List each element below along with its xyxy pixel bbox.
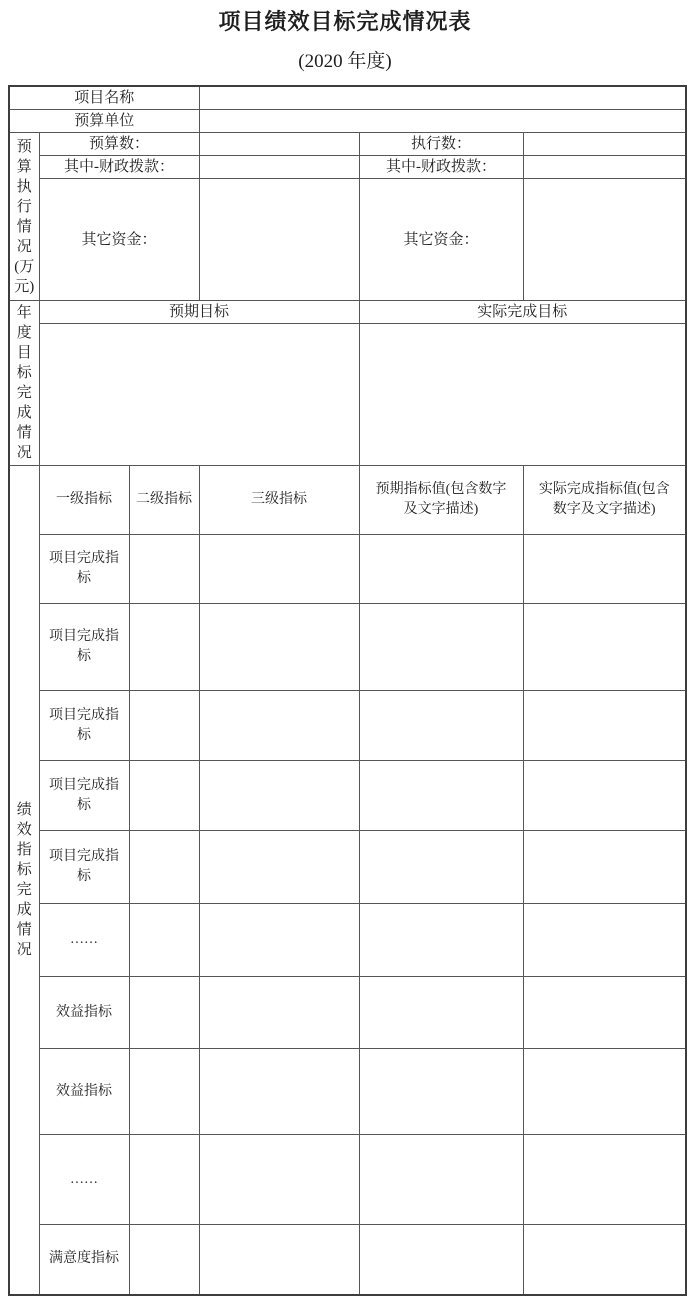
other-funds-value-left (199, 179, 359, 301)
indicator-level1-cell: …… (39, 904, 129, 977)
project-name-row: 项目名称 (9, 86, 686, 110)
performance-table: 项目名称 预算单位 预 算 执 行 情 况 (万 元) 预算数： 执行数： 其中… (8, 85, 687, 1296)
indicator-level3-cell (199, 977, 359, 1049)
budget-row: 其它资金： 其它资金： (9, 179, 686, 301)
indicator-level2-cell (129, 761, 199, 831)
indicator-expected-cell (359, 761, 523, 831)
indicator-row: 项目完成指标 (9, 831, 686, 904)
indicator-actual-cell (523, 1049, 686, 1135)
indicator-row: 项目完成指标 (9, 535, 686, 604)
budget-row: 预 算 执 行 情 况 (万 元) 预算数： 执行数： (9, 133, 686, 156)
other-funds-label-left: 其它资金： (39, 179, 199, 301)
indicator-row: …… (9, 904, 686, 977)
indicator-expected-cell (359, 1225, 523, 1295)
indicator-actual-cell (523, 761, 686, 831)
indicator-level1-cell: 效益指标 (39, 1049, 129, 1135)
indicator-actual-cell (523, 691, 686, 761)
expected-goal-header: 预期目标 (39, 301, 359, 324)
indicator-level3-cell (199, 761, 359, 831)
budget-unit-row: 预算单位 (9, 110, 686, 133)
indicator-header-level1: 一级指标 (39, 466, 129, 535)
budget-side-label: 预 算 执 行 情 况 (万 元) (9, 133, 39, 301)
indicator-level1-cell: 效益指标 (39, 977, 129, 1049)
budget-row: 其中-财政拨款： 其中-财政拨款： (9, 156, 686, 179)
indicator-level1-cell: 项目完成指标 (39, 691, 129, 761)
indicator-row: 效益指标 (9, 977, 686, 1049)
execution-amount-label: 执行数： (359, 133, 523, 156)
indicator-level1-cell: 项目完成指标 (39, 604, 129, 691)
budget-unit-value (199, 110, 686, 133)
budget-amount-value (199, 133, 359, 156)
indicator-header-actual: 实际完成指标值(包含数字及文字描述) (523, 466, 686, 535)
indicator-header-level3: 三级指标 (199, 466, 359, 535)
indicator-row: 满意度指标 (9, 1225, 686, 1295)
indicator-header-level2: 二级指标 (129, 466, 199, 535)
annual-goal-side-label: 年 度 目 标 完 成 情 况 (9, 301, 39, 466)
fiscal-appropriation-value-right (523, 156, 686, 179)
indicator-level3-cell (199, 535, 359, 604)
indicator-level2-cell (129, 535, 199, 604)
indicator-actual-cell (523, 1225, 686, 1295)
other-funds-label-right: 其它资金： (359, 179, 523, 301)
indicator-level1-cell: 项目完成指标 (39, 535, 129, 604)
indicator-actual-cell (523, 604, 686, 691)
project-name-value (199, 86, 686, 110)
indicator-level3-cell (199, 1135, 359, 1225)
indicator-level2-cell (129, 691, 199, 761)
indicator-expected-cell (359, 1049, 523, 1135)
indicator-actual-cell (523, 535, 686, 604)
indicator-expected-cell (359, 977, 523, 1049)
fiscal-appropriation-label-left: 其中-财政拨款： (39, 156, 199, 179)
execution-amount-value (523, 133, 686, 156)
indicator-level3-cell (199, 904, 359, 977)
indicator-level3-cell (199, 1225, 359, 1295)
indicator-level1-cell: 项目完成指标 (39, 761, 129, 831)
indicator-row: 项目完成指标 (9, 691, 686, 761)
project-name-label: 项目名称 (9, 86, 199, 110)
page-title: 项目绩效目标完成情况表 (0, 8, 690, 36)
indicator-level2-cell (129, 831, 199, 904)
indicator-level1-cell: 项目完成指标 (39, 831, 129, 904)
indicator-actual-cell (523, 831, 686, 904)
indicator-level3-cell (199, 831, 359, 904)
indicator-level3-cell (199, 1049, 359, 1135)
indicator-expected-cell (359, 904, 523, 977)
indicator-level3-cell (199, 691, 359, 761)
indicator-level2-cell (129, 1135, 199, 1225)
annual-goal-header-row: 年 度 目 标 完 成 情 况 预期目标 实际完成目标 (9, 301, 686, 324)
fiscal-appropriation-label-right: 其中-财政拨款： (359, 156, 523, 179)
indicator-level1-cell: 满意度指标 (39, 1225, 129, 1295)
other-funds-value-right (523, 179, 686, 301)
indicator-header-expected: 预期指标值(包含数字及文字描述) (359, 466, 523, 535)
indicator-row: …… (9, 1135, 686, 1225)
indicator-side-label: 绩 效 指 标 完 成 情 况 (9, 466, 39, 1295)
indicator-level1-cell: …… (39, 1135, 129, 1225)
indicator-actual-cell (523, 977, 686, 1049)
page-subtitle: (2020 年度) (0, 50, 690, 74)
document-page: 项目绩效目标完成情况表 (2020 年度) 项目名称 预算单位 预 算 执 行 … (0, 0, 690, 1306)
indicator-level2-cell (129, 1225, 199, 1295)
indicator-expected-cell (359, 1135, 523, 1225)
indicator-expected-cell (359, 831, 523, 904)
indicator-row: 项目完成指标 (9, 604, 686, 691)
indicator-level3-cell (199, 604, 359, 691)
actual-goal-header: 实际完成目标 (359, 301, 686, 324)
annual-goal-content-row (9, 324, 686, 466)
actual-goal-content (359, 324, 686, 466)
indicator-row: 项目完成指标 (9, 761, 686, 831)
indicator-expected-cell (359, 535, 523, 604)
indicator-expected-cell (359, 691, 523, 761)
indicator-header-row: 绩 效 指 标 完 成 情 况 一级指标 二级指标 三级指标 预期指标值(包含数… (9, 466, 686, 535)
budget-unit-label: 预算单位 (9, 110, 199, 133)
indicator-level2-cell (129, 904, 199, 977)
indicator-level2-cell (129, 604, 199, 691)
expected-goal-content (39, 324, 359, 466)
indicator-expected-cell (359, 604, 523, 691)
indicator-actual-cell (523, 904, 686, 977)
indicator-row: 效益指标 (9, 1049, 686, 1135)
indicator-actual-cell (523, 1135, 686, 1225)
fiscal-appropriation-value-left (199, 156, 359, 179)
indicator-level2-cell (129, 977, 199, 1049)
budget-amount-label: 预算数： (39, 133, 199, 156)
indicator-level2-cell (129, 1049, 199, 1135)
